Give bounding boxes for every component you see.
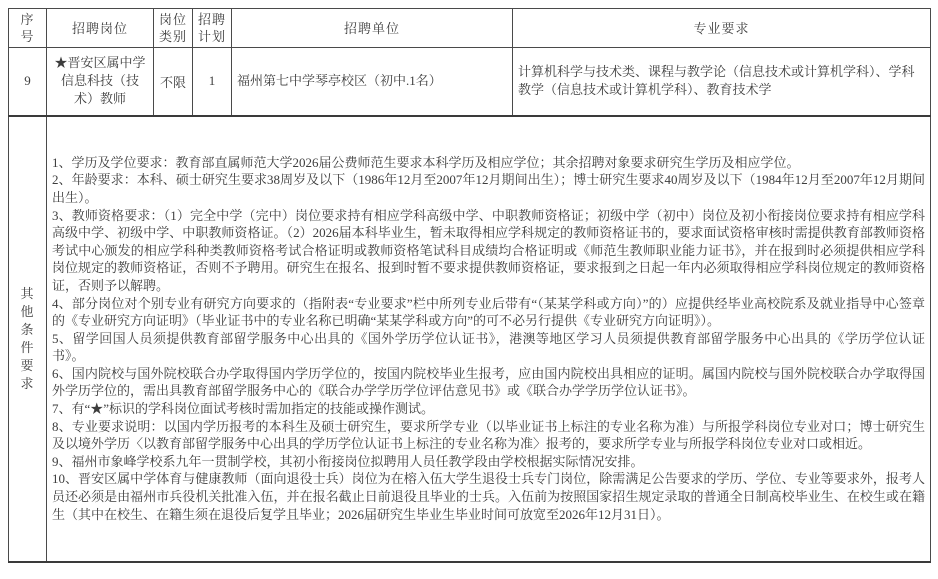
cell-unit: 福州第七中学琴亭校区（初中.1名） — [232, 48, 513, 116]
cell-plan: 1 — [193, 48, 232, 116]
header-cell-seq: 序号 — [9, 9, 47, 48]
cell-position: ★晋安区属中学信息科技（技术）教师 — [47, 48, 154, 116]
requirement-item-9: 9、福州市象峰学校系九年一贯制学校，其初小衔接岗位拟聘用人员任教学段由学校根据实… — [52, 453, 925, 471]
header-cell-plan: 招聘计划 — [193, 9, 232, 48]
requirement-item-4: 4、部分岗位对个别专业有研究方向要求的（指附表“专业要求”栏中所列专业后带有“（… — [52, 295, 925, 330]
header-cell-major: 专业要求 — [513, 9, 931, 48]
table-header-row: 序号 招聘岗位 岗位类别 招聘计划 招聘单位 专业要求 — [9, 9, 931, 48]
header-cell-unit: 招聘单位 — [232, 9, 513, 48]
requirement-item-7: 7、有“★”标识的学科岗位面试考核时需加指定的技能或操作测试。 — [52, 400, 925, 418]
table-row: 9 ★晋安区属中学信息科技（技术）教师 不限 1 福州第七中学琴亭校区（初中.1… — [9, 48, 931, 116]
requirement-item-3: 3、教师资格要求：（1）完全中学（完中）岗位要求持有相应学科高级中学、中职教师资… — [52, 207, 925, 295]
other-label-line-2: 条件 — [14, 321, 41, 357]
other-requirements-label: 其他 条件 要求 — [9, 116, 47, 562]
requirement-item-8: 8、专业要求说明：以国内学历报考的本科生及硕士研究生，要求所学专业（以毕业证书上… — [52, 418, 925, 453]
recruitment-table-page: 序号 招聘岗位 岗位类别 招聘计划 招聘单位 专业要求 9 ★晋安区属中学信息科… — [0, 0, 938, 579]
header-cell-category: 岗位类别 — [154, 9, 193, 48]
other-requirements-body: 1、学历及学位要求：教育部直属师范大学2026届公费师范生要求本科学历及相应学位… — [47, 116, 931, 562]
cell-seq: 9 — [9, 48, 47, 116]
requirement-item-5: 5、留学回国人员须提供教育部留学服务中心出具的《国外学历学位认证书》，港澳等地区… — [52, 330, 925, 365]
requirement-item-10: 10、晋安区属中学体育与健康教师（面向退役士兵）岗位为在榕入伍大学生退役士兵专门… — [52, 470, 925, 523]
requirement-item-1: 1、学历及学位要求：教育部直属师范大学2026届公费师范生要求本科学历及相应学位… — [52, 154, 925, 172]
requirement-item-6: 6、国内院校与国外院校联合办学取得国内学历学位的，按国内院校毕业生报考，应由国内… — [52, 365, 925, 400]
cell-category: 不限 — [154, 48, 193, 116]
other-label-line-1: 其他 — [14, 285, 41, 321]
recruitment-table: 序号 招聘岗位 岗位类别 招聘计划 招聘单位 专业要求 9 ★晋安区属中学信息科… — [8, 8, 931, 563]
cell-major: 计算机科学与技术类、课程与教学论（信息技术或计算机学科）、学科教学（信息技术或计… — [513, 48, 931, 116]
requirement-item-2: 2、年龄要求：本科、硕士研究生要求38周岁及以下（1986年12月至2007年1… — [52, 171, 925, 206]
header-cell-position: 招聘岗位 — [47, 9, 154, 48]
other-label-line-3: 要求 — [14, 357, 41, 393]
other-requirements-row: 其他 条件 要求 1、学历及学位要求：教育部直属师范大学2026届公费师范生要求… — [9, 116, 931, 562]
